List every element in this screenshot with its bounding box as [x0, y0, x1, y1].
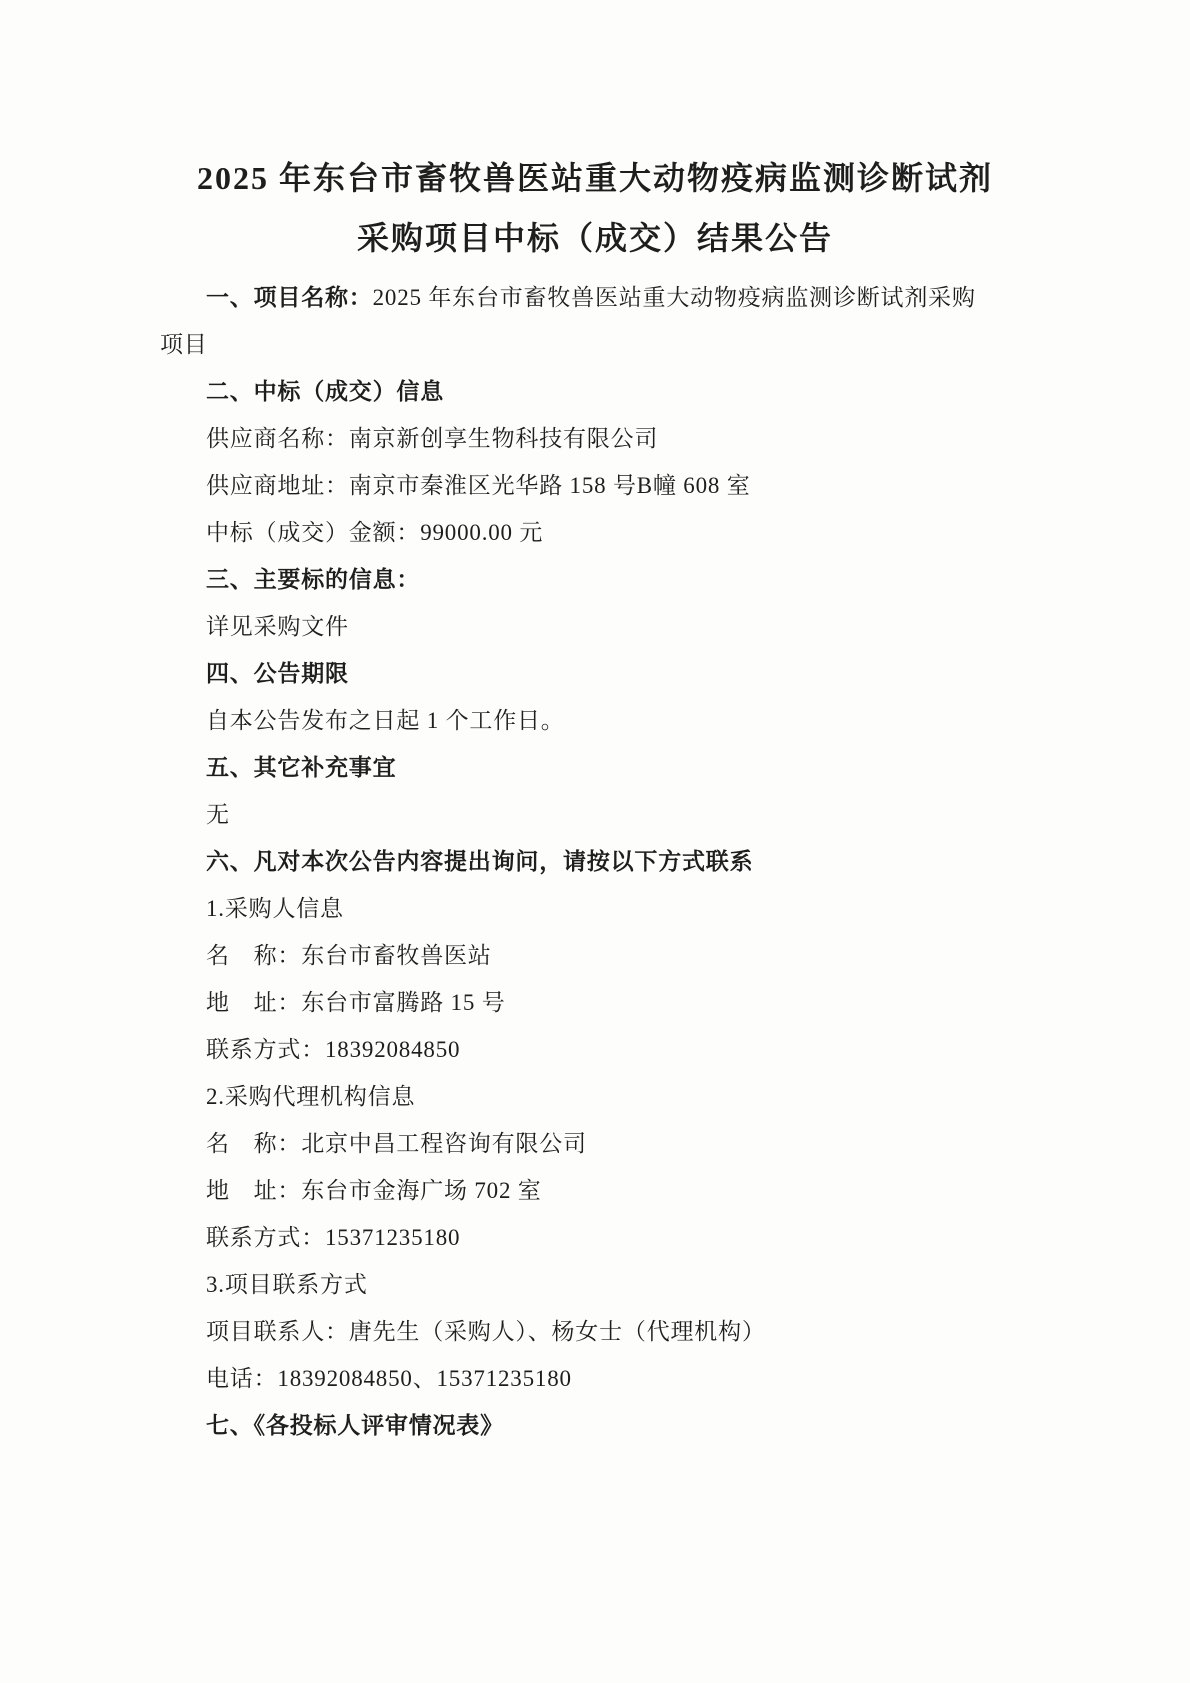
purchaser-label: 1.采购人信息: [160, 885, 990, 932]
section-4-body: 自本公告发布之日起 1 个工作日。: [160, 697, 990, 744]
purchaser-name: 名 称：东台市畜牧兽医站: [160, 932, 990, 979]
section-5-body: 无: [160, 791, 990, 838]
award-amount: 中标（成交）金额：99000.00 元: [160, 509, 990, 556]
title-line-2: 采购项目中标（成交）结果公告: [160, 208, 1030, 268]
section-1-project-name: 一、项目名称：2025 年东台市畜牧兽医站重大动物疫病监测诊断试剂采购项目: [160, 274, 990, 368]
purchaser-contact: 联系方式：18392084850: [160, 1026, 990, 1073]
agency-name: 名 称：北京中昌工程咨询有限公司: [160, 1120, 990, 1167]
section-1-label: 一、项目名称：: [206, 285, 373, 310]
project-contacts: 项目联系人：唐先生（采购人）、杨女士（代理机构）: [160, 1308, 990, 1355]
document-page: 2025 年东台市畜牧兽医站重大动物疫病监测诊断试剂 采购项目中标（成交）结果公…: [0, 0, 1190, 1683]
agency-contact: 联系方式：15371235180: [160, 1214, 990, 1261]
title-line-1: 2025 年东台市畜牧兽医站重大动物疫病监测诊断试剂: [160, 148, 1030, 208]
supplier-address: 供应商地址：南京市秦淮区光华路 158 号B幢 608 室: [160, 462, 990, 509]
section-5-heading: 五、其它补充事宜: [160, 744, 990, 791]
agency-address: 地 址：东台市金海广场 702 室: [160, 1167, 990, 1214]
supplier-name: 供应商名称：南京新创享生物科技有限公司: [160, 415, 990, 462]
section-3-heading: 三、主要标的信息：: [160, 556, 990, 603]
document-body: 一、项目名称：2025 年东台市畜牧兽医站重大动物疫病监测诊断试剂采购项目 二、…: [160, 274, 990, 1449]
project-contact-label: 3.项目联系方式: [160, 1261, 990, 1308]
page-title: 2025 年东台市畜牧兽医站重大动物疫病监测诊断试剂 采购项目中标（成交）结果公…: [160, 148, 1030, 268]
project-phones: 电话：18392084850、15371235180: [160, 1355, 990, 1402]
section-4-heading: 四、公告期限: [160, 650, 990, 697]
section-6-heading: 六、凡对本次公告内容提出询问，请按以下方式联系: [160, 838, 990, 885]
purchaser-address: 地 址：东台市富腾路 15 号: [160, 979, 990, 1026]
section-3-body: 详见采购文件: [160, 603, 990, 650]
section-7-heading: 七、《各投标人评审情况表》: [160, 1402, 990, 1449]
agency-label: 2.采购代理机构信息: [160, 1073, 990, 1120]
section-2-heading: 二、中标（成交）信息: [160, 368, 990, 415]
